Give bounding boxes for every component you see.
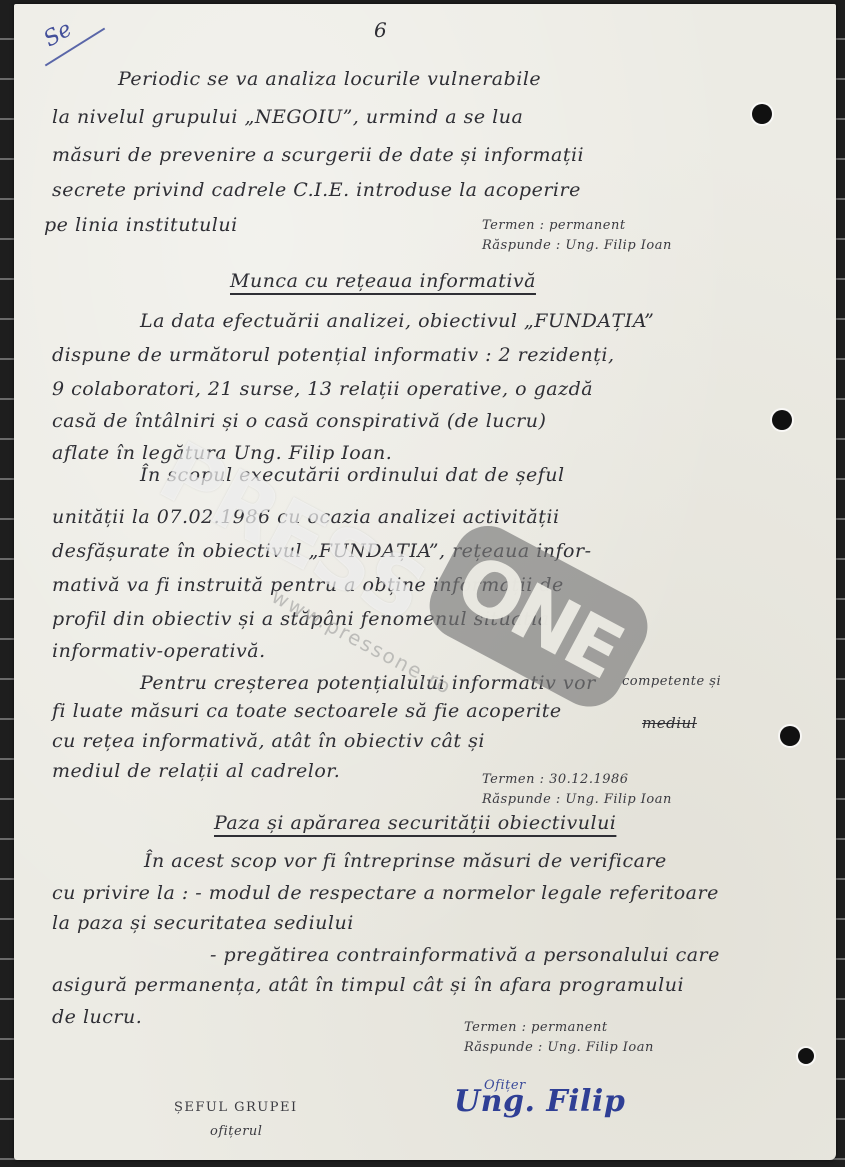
raspunde-label: Răspunde : Ung. Filip Ioan — [464, 1040, 654, 1055]
raspunde-label: Răspunde : Ung. Filip Ioan — [482, 792, 672, 807]
paragraph-line: la paza și securitatea sediului — [52, 912, 354, 934]
paragraph-line: mativă va fi instruită pentru a obține i… — [52, 574, 564, 596]
paragraph-line: mediul de relații al cadrelor. — [52, 760, 340, 782]
intro-line: la nivelul grupului „NEGOIU”, urmind a s… — [52, 106, 523, 128]
paragraph-line: În scopul executării ordinului dat de șe… — [140, 464, 565, 486]
page-number: 6 — [374, 18, 387, 42]
intro-line: pe linia institutului — [44, 214, 238, 236]
paragraph-line: de lucru. — [52, 1006, 142, 1028]
paragraph-line: asigură permanența, atât în timpul cât ș… — [52, 974, 684, 996]
punch-hole — [798, 1048, 814, 1064]
paragraph-line: casă de întâlniri și o casă conspirativă… — [52, 410, 546, 432]
paragraph-line: - pregătirea contrainformativă a persona… — [210, 944, 720, 966]
paragraph-line: unității la 07.02.1986 cu ocazia analize… — [52, 506, 560, 528]
paragraph-line: informativ-operativă. — [52, 640, 266, 662]
intro-line: Periodic se va analiza locurile vulnerab… — [118, 68, 541, 90]
section-heading-reteaua: Munca cu rețeaua informativă — [230, 270, 536, 292]
section-heading-paza: Paza și apărarea securității obiectivulu… — [214, 812, 616, 834]
raspunde-label: Răspunde : Ung. Filip Ioan — [482, 238, 672, 253]
termen-label: Termen : 30.12.1986 — [482, 772, 629, 787]
paragraph-line: desfășurate în obiectivul „FUNDAȚIA”, re… — [52, 540, 592, 562]
footer-subtitle: ofițerul — [210, 1124, 262, 1139]
termen-label: Termen : permanent — [482, 218, 626, 233]
punch-hole — [752, 104, 772, 124]
paragraph-line: La data efectuării analizei, obiectivul … — [140, 310, 654, 332]
footer-title: ȘEFUL GRUPEI — [174, 1100, 298, 1115]
paragraph-line: dispune de următorul potențial informati… — [52, 344, 614, 366]
punch-hole — [772, 410, 792, 430]
struck-word: mediul — [642, 714, 697, 732]
termen-label: Termen : permanent — [464, 1020, 608, 1035]
paragraph-line: fi luate măsuri ca toate sectoarele să f… — [52, 700, 562, 722]
paragraph-line: cu privire la : - modul de respectare a … — [52, 882, 719, 904]
intro-line: secrete privind cadrele C.I.E. introduse… — [52, 179, 581, 201]
insertion-note: competente și — [622, 674, 721, 689]
paragraph-line: Pentru creșterea potențialului informati… — [140, 672, 596, 694]
paragraph-line: 9 colaboratori, 21 surse, 13 relații ope… — [52, 378, 593, 400]
paragraph-line: aflate în legătura Ung. Filip Ioan. — [52, 442, 392, 464]
paragraph-line: În acest scop vor fi întreprinse măsuri … — [144, 850, 667, 872]
document-page: Se 6 Periodic se va analiza locurile vul… — [14, 4, 836, 1160]
intro-line: măsuri de prevenire a scurgerii de date … — [52, 144, 584, 166]
paragraph-line: cu rețea informativă, atât în obiectiv c… — [52, 730, 485, 752]
signature: Ung. Filip — [454, 1084, 625, 1119]
punch-hole — [780, 726, 800, 746]
paragraph-line: profil din obiectiv și a stăpâni fenomen… — [52, 608, 550, 630]
